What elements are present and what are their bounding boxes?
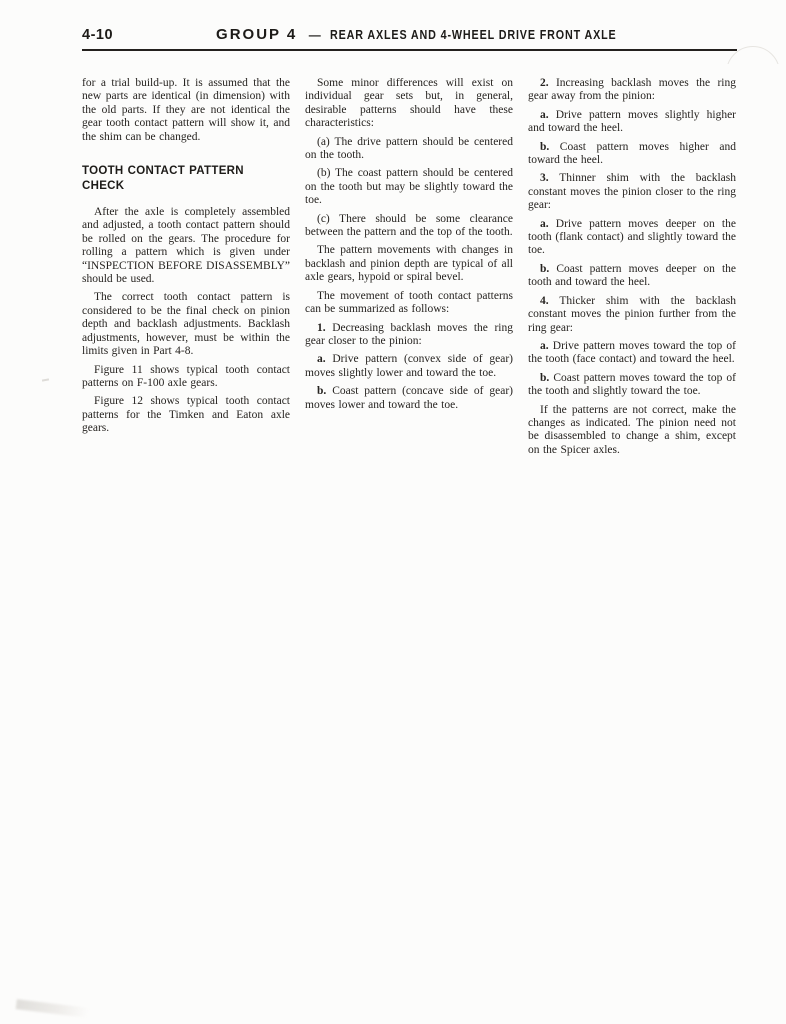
paragraph-text: (c) There should be some clearance betwe…	[305, 213, 513, 238]
paragraph: (c) There should be some clearance betwe…	[305, 213, 513, 240]
list-marker: 2.	[540, 77, 549, 89]
list-marker: a.	[317, 353, 326, 365]
list-marker: b.	[540, 141, 549, 153]
paragraph-text: Coast pattern moves toward the top of th…	[528, 372, 736, 397]
paragraph: Some minor differences will exist on ind…	[305, 77, 513, 131]
paragraph: The pattern movements with changes in ba…	[305, 244, 513, 284]
paragraph: b. Coast pattern moves deeper on the too…	[528, 263, 736, 290]
paragraph-text: The correct tooth contact pattern is con…	[82, 291, 290, 357]
manual-page: 4-10 GROUP 4 — REAR AXLES AND 4-WHEEL DR…	[0, 0, 786, 1024]
column-2: Some minor differences will exist on ind…	[305, 77, 513, 462]
paragraph: The movement of tooth contact patterns c…	[305, 290, 513, 317]
paragraph-text: After the axle is completely assembled a…	[82, 206, 290, 285]
paragraph: a. Drive pattern moves toward the top of…	[528, 340, 736, 367]
list-marker: b.	[540, 263, 549, 275]
bottom-smudge-mark	[16, 999, 97, 1019]
header-separator: —	[309, 28, 321, 42]
header-divider	[82, 49, 737, 51]
paragraph: 2. Increasing backlash moves the ring ge…	[528, 77, 736, 104]
paragraph: a. Drive pattern moves slightly higher a…	[528, 109, 736, 136]
paragraph: b. Coast pattern moves toward the top of…	[528, 372, 736, 399]
paragraph: The correct tooth contact pattern is con…	[82, 291, 290, 358]
paragraph: b. Coast pattern moves higher and toward…	[528, 141, 736, 168]
paragraph-text: Figure 11 shows typical tooth contact pa…	[82, 364, 290, 389]
page-number: 4-10	[82, 27, 113, 43]
list-marker: 4.	[540, 295, 549, 307]
column-1: for a trial build-up. It is assumed that…	[82, 77, 290, 462]
paragraph-text: The movement of tooth contact patterns c…	[305, 290, 513, 315]
list-marker: a.	[540, 218, 549, 230]
paragraph-text: The pattern movements with changes in ba…	[305, 244, 513, 283]
paragraph: (a) The drive pattern should be centered…	[305, 136, 513, 163]
column-3: 2. Increasing backlash moves the ring ge…	[528, 77, 736, 462]
paragraph: After the axle is completely assembled a…	[82, 206, 290, 286]
list-marker: 3.	[540, 172, 549, 184]
paragraph-text: Coast pattern moves higher and toward th…	[528, 141, 736, 166]
paragraph-text: (a) The drive pattern should be centered…	[305, 136, 513, 161]
paragraph: Figure 12 shows typical tooth contact pa…	[82, 395, 290, 435]
paragraph-text: Increasing backlash moves the ring gear …	[528, 77, 736, 102]
paragraph-text: Some minor differences will exist on ind…	[305, 77, 513, 129]
list-marker: b.	[317, 385, 326, 397]
paragraph-text: If the patterns are not correct, make th…	[528, 404, 736, 456]
list-marker: 1.	[317, 322, 326, 334]
heading-text: TOOTH CONTACT PATTERN CHECK	[82, 165, 244, 192]
text-columns: for a trial build-up. It is assumed that…	[82, 77, 737, 462]
header-title: GROUP 4 — REAR AXLES AND 4-WHEEL DRIVE F…	[216, 26, 663, 44]
paragraph: If the patterns are not correct, make th…	[528, 404, 736, 458]
paragraph-text: Drive pattern moves slightly higher and …	[528, 109, 736, 134]
list-marker: b.	[540, 372, 549, 384]
paragraph: 4. Thicker shim with the backlash consta…	[528, 295, 736, 335]
group-label: GROUP 4	[216, 26, 297, 43]
paragraph-text: Coast pattern (concave side of gear) mov…	[305, 385, 513, 410]
paragraph-text: Figure 12 shows typical tooth contact pa…	[82, 395, 290, 434]
paragraph-text: Thicker shim with the backlash constant …	[528, 295, 736, 334]
paragraph-text: for a trial build-up. It is assumed that…	[82, 77, 290, 143]
paragraph-text: Decreasing backlash moves the ring gear …	[305, 322, 513, 347]
list-marker: a.	[540, 340, 549, 352]
paragraph-text: Drive pattern (convex side of gear) move…	[305, 353, 513, 378]
page-header: 4-10 GROUP 4 — REAR AXLES AND 4-WHEEL DR…	[82, 26, 737, 44]
paragraph: a. Drive pattern moves deeper on the too…	[528, 218, 736, 258]
margin-mark	[42, 378, 49, 381]
paragraph-text: (b) The coast pattern should be centered…	[305, 167, 513, 206]
paragraph-text: Coast pattern moves deeper on the tooth …	[528, 263, 736, 288]
paragraph: Figure 11 shows typical tooth contact pa…	[82, 364, 290, 391]
section-heading: TOOTH CONTACT PATTERN CHECK	[82, 164, 290, 194]
paragraph: (b) The coast pattern should be centered…	[305, 167, 513, 207]
paragraph: 1. Decreasing backlash moves the ring ge…	[305, 322, 513, 349]
page-content: 4-10 GROUP 4 — REAR AXLES AND 4-WHEEL DR…	[82, 26, 737, 462]
paragraph-text: Drive pattern moves deeper on the tooth …	[528, 218, 736, 257]
paragraph-text: Thinner shim with the backlash constant …	[528, 172, 736, 211]
paragraph: b. Coast pattern (concave side of gear) …	[305, 385, 513, 412]
paragraph: a. Drive pattern (convex side of gear) m…	[305, 353, 513, 380]
paragraph: 3. Thinner shim with the backlash consta…	[528, 172, 736, 212]
list-marker: a.	[540, 109, 549, 121]
paragraph-text: Drive pattern moves toward the top of th…	[528, 340, 736, 365]
paragraph: for a trial build-up. It is assumed that…	[82, 77, 290, 144]
group-title: REAR AXLES AND 4-WHEEL DRIVE FRONT AXLE	[330, 28, 617, 42]
